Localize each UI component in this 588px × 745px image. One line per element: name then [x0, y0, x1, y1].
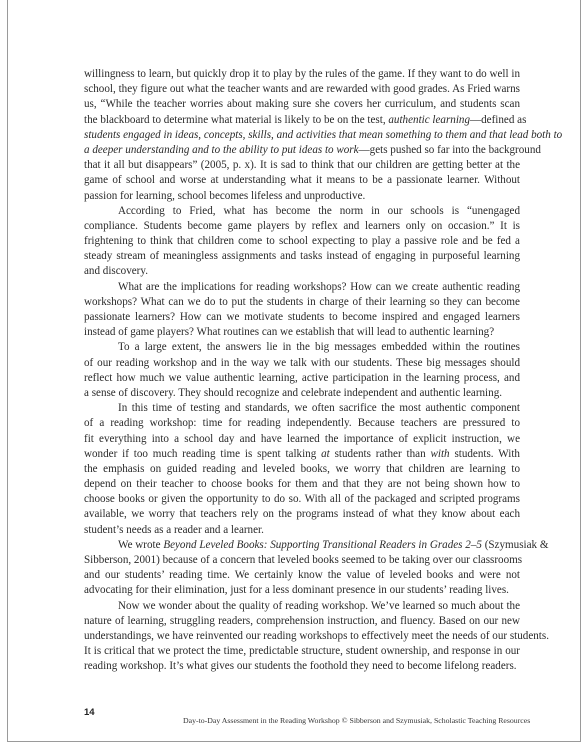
italic-text: students engaged in ideas, concepts, ski…: [84, 129, 562, 141]
text-line: that it all but disappears” (2005, p. x)…: [84, 158, 520, 173]
text-line: reflect how much we value authentic lear…: [84, 371, 520, 386]
text-run: of a reading workshop: time for reading …: [84, 417, 520, 429]
text-run: the emphasis on guided reading and level…: [84, 463, 520, 475]
text-line: workshops? What can we do to put the stu…: [84, 295, 520, 310]
italic-text: a deeper understanding and to the abilit…: [84, 144, 359, 156]
text-line: students engaged in ideas, concepts, ski…: [84, 128, 520, 143]
text-line: us, “While the teacher worries about mak…: [84, 97, 520, 112]
text-run: the blackboard to determine what materia…: [84, 114, 388, 126]
page-number: 14: [84, 707, 95, 718]
text-run: choose books or given the opportunity to…: [84, 493, 520, 505]
text-line: and our students’ reading time. We certa…: [84, 568, 520, 583]
paragraph: We wrote Beyond Leveled Books: Supportin…: [84, 538, 520, 599]
text-line: To a large extent, the answers lie in th…: [84, 340, 520, 355]
text-run: instead of game players? What routines c…: [84, 326, 494, 338]
text-line: the blackboard to determine what materia…: [84, 113, 520, 128]
text-run: understandings, we have reinvented our r…: [84, 630, 549, 642]
text-run: advocating for their elimination, just f…: [84, 584, 509, 596]
text-line: reading workshop. It’s what gives our st…: [84, 659, 520, 674]
text-run: passion for learning, school becomes lif…: [84, 190, 365, 202]
text-run: What are the implications for reading wo…: [118, 281, 520, 293]
text-run: school, they figure out what the teacher…: [84, 83, 520, 95]
text-line: available, we worry that teachers rely o…: [84, 507, 520, 522]
text-run: game of school and worse at understandin…: [84, 174, 520, 186]
text-line: steady stream of meaningless assignments…: [84, 249, 520, 264]
italic-text: authentic learning: [388, 114, 470, 126]
text-run: It is critical that we protect the time,…: [84, 645, 520, 657]
italic-text: at: [321, 448, 330, 460]
text-line: depend on their teacher to choose books …: [84, 477, 520, 492]
text-line: frightening to think that children come …: [84, 234, 520, 249]
text-line: passion for learning, school becomes lif…: [84, 189, 520, 204]
text-line: a deeper understanding and to the abilit…: [84, 143, 520, 158]
text-run: that it all but disappears” (2005, p. x)…: [84, 159, 520, 171]
text-line: the emphasis on guided reading and level…: [84, 462, 520, 477]
text-run: workshops? What can we do to put the stu…: [84, 296, 520, 308]
text-run: reading workshop. It’s what gives our st…: [84, 660, 517, 672]
text-run: Sibberson, 2001) because of a concern th…: [84, 554, 522, 566]
text-line: wonder if too much reading time is spent…: [84, 447, 520, 462]
text-run: According to Fried, what has become the …: [118, 205, 520, 217]
document-page: willingness to learn, but quickly drop i…: [7, 0, 581, 742]
text-run: Now we wonder about the quality of readi…: [118, 600, 520, 612]
text-line: We wrote Beyond Leveled Books: Supportin…: [84, 538, 520, 553]
text-line: of our reading workshop and in the way w…: [84, 356, 520, 371]
text-run: In this time of testing and standards, w…: [118, 402, 520, 414]
text-run: students rather than: [330, 448, 431, 460]
text-run: frightening to think that children come …: [84, 235, 520, 247]
text-run: We wrote: [118, 539, 163, 551]
text-run: a sense of discovery. They should recogn…: [84, 387, 502, 399]
text-run: and discovery.: [84, 265, 148, 277]
text-run: steady stream of meaningless assignments…: [84, 250, 520, 262]
text-run: us, “While the teacher worries about mak…: [84, 98, 520, 110]
text-run: depend on their teacher to choose books …: [84, 478, 520, 490]
text-line: compliance. Students become game players…: [84, 219, 520, 234]
text-run: (Szymusiak &: [482, 539, 549, 551]
text-line: In this time of testing and standards, w…: [84, 401, 520, 416]
text-line: What are the implications for reading wo…: [84, 280, 520, 295]
text-run: To a large extent, the answers lie in th…: [118, 341, 520, 353]
text-run: —defined as: [470, 114, 526, 126]
text-line: nature of learning, struggling readers, …: [84, 614, 520, 629]
text-line: Sibberson, 2001) because of a concern th…: [84, 553, 520, 568]
text-line: school, they figure out what the teacher…: [84, 82, 520, 97]
text-line: and discovery.: [84, 264, 520, 279]
text-line: of a reading workshop: time for reading …: [84, 416, 520, 431]
text-line: fit everything into a school day and hav…: [84, 432, 520, 447]
text-run: willingness to learn, but quickly drop i…: [84, 68, 520, 80]
text-run: available, we worry that teachers rely o…: [84, 508, 520, 520]
italic-text: with: [430, 448, 449, 460]
text-run: fit everything into a school day and hav…: [84, 433, 520, 445]
text-line: According to Fried, what has become the …: [84, 204, 520, 219]
paragraph: In this time of testing and standards, w…: [84, 401, 520, 538]
text-run: nature of learning, struggling readers, …: [84, 615, 520, 627]
paragraph: According to Fried, what has become the …: [84, 204, 520, 280]
text-line: a sense of discovery. They should recogn…: [84, 386, 520, 401]
footer-credit: Day-to-Day Assessment in the Reading Wor…: [183, 716, 583, 725]
text-line: instead of game players? What routines c…: [84, 325, 520, 340]
text-run: student’s needs as a reader and a learne…: [84, 524, 264, 536]
paragraph: To a large extent, the answers lie in th…: [84, 340, 520, 401]
text-line: Now we wonder about the quality of readi…: [84, 599, 520, 614]
text-run: and our students’ reading time. We certa…: [84, 569, 520, 581]
text-run: students. With: [450, 448, 520, 460]
text-line: willingness to learn, but quickly drop i…: [84, 67, 520, 82]
text-line: understandings, we have reinvented our r…: [84, 629, 520, 644]
text-line: It is critical that we protect the time,…: [84, 644, 520, 659]
text-run: —gets pushed so far into the background: [359, 144, 541, 156]
text-line: choose books or given the opportunity to…: [84, 492, 520, 507]
paragraph: willingness to learn, but quickly drop i…: [84, 67, 520, 204]
text-run: wonder if too much reading time is spent…: [84, 448, 321, 460]
text-line: game of school and worse at understandin…: [84, 173, 520, 188]
body-text: willingness to learn, but quickly drop i…: [84, 67, 520, 675]
text-line: advocating for their elimination, just f…: [84, 583, 520, 598]
paragraph: What are the implications for reading wo…: [84, 280, 520, 341]
text-line: passionate learners? How can we motivate…: [84, 310, 520, 325]
paragraph: Now we wonder about the quality of readi…: [84, 599, 520, 675]
italic-text: Beyond Leveled Books: Supporting Transit…: [163, 539, 482, 551]
text-run: of our reading workshop and in the way w…: [84, 357, 520, 369]
text-run: passionate learners? How can we motivate…: [84, 311, 520, 323]
text-run: reflect how much we value authentic lear…: [84, 372, 520, 384]
text-line: student’s needs as a reader and a learne…: [84, 523, 520, 538]
text-run: compliance. Students become game players…: [84, 220, 520, 232]
